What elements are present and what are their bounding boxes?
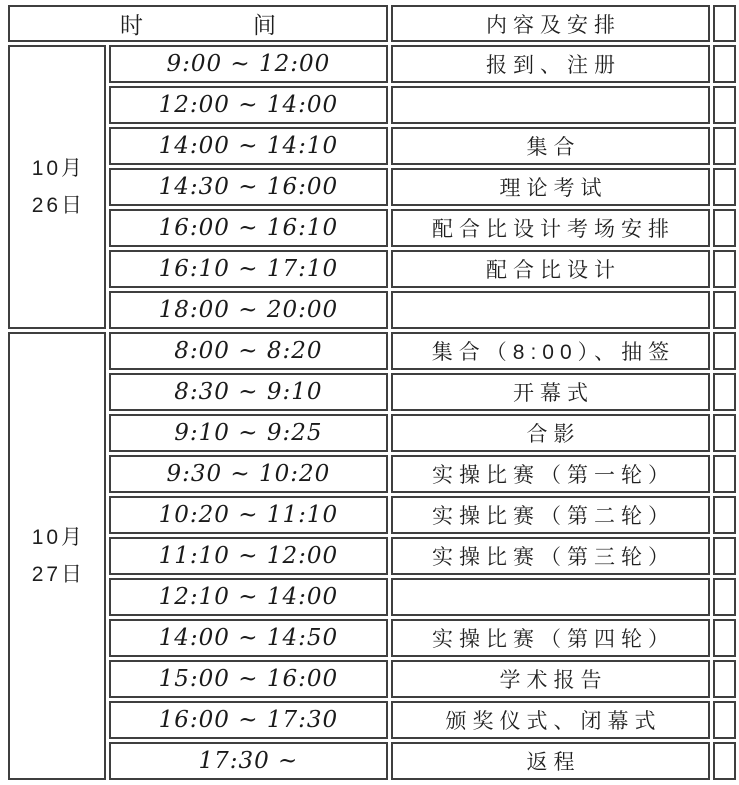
- table-row: 11:10 ~ 12:00 实操比赛（第三轮）: [8, 537, 736, 575]
- content-cell: [391, 86, 710, 124]
- table-row: 18:00 ~ 20:00: [8, 291, 736, 329]
- table-row: 16:00 ~ 17:30 颁奖仪式、闭幕式: [8, 701, 736, 739]
- header-content: 内容及安排: [391, 5, 710, 42]
- date-day: 26日: [10, 187, 104, 224]
- table-row: 10:20 ~ 11:10 实操比赛（第二轮）: [8, 496, 736, 534]
- time-cell: 9:10 ~ 9:25: [109, 414, 388, 452]
- time-cell: 14:30 ~ 16:00: [109, 168, 388, 206]
- time-cell: 17:30 ~: [109, 742, 388, 780]
- clipped-column-cell: [713, 496, 736, 534]
- time-cell: 8:30 ~ 9:10: [109, 373, 388, 411]
- table-row: 12:10 ~ 14:00: [8, 578, 736, 616]
- content-cell: 配合比设计考场安排: [391, 209, 710, 247]
- date-month: 10月: [10, 519, 104, 556]
- content-cell: 实操比赛（第一轮）: [391, 455, 710, 493]
- time-cell: 8:00 ~ 8:20: [109, 332, 388, 370]
- content-cell: 报到、注册: [391, 45, 710, 83]
- time-cell: 12:10 ~ 14:00: [109, 578, 388, 616]
- clipped-column-cell: [713, 373, 736, 411]
- date-cell-oct27: 10月 27日: [8, 332, 106, 780]
- clipped-column-cell: [713, 45, 736, 83]
- content-cell: 集合（8:00）、抽签: [391, 332, 710, 370]
- clipped-column-cell: [713, 414, 736, 452]
- date-cell-oct26: 10月 26日: [8, 45, 106, 329]
- content-cell: 配合比设计: [391, 250, 710, 288]
- time-cell: 16:00 ~ 16:10: [109, 209, 388, 247]
- time-cell: 11:10 ~ 12:00: [109, 537, 388, 575]
- clipped-column-cell: [713, 455, 736, 493]
- content-cell: 实操比赛（第三轮）: [391, 537, 710, 575]
- table-row: 9:30 ~ 10:20 实操比赛（第一轮）: [8, 455, 736, 493]
- content-cell: 集合: [391, 127, 710, 165]
- table-header-row: 时间 内容及安排: [8, 5, 736, 42]
- clipped-column-cell: [713, 701, 736, 739]
- content-cell: 实操比赛（第四轮）: [391, 619, 710, 657]
- table-row: 10月 27日 8:00 ~ 8:20 集合（8:00）、抽签: [8, 332, 736, 370]
- table-row: 14:30 ~ 16:00 理论考试: [8, 168, 736, 206]
- table-row: 10月 26日 9:00 ~ 12:00 报到、注册: [8, 45, 736, 83]
- table-row: 16:00 ~ 16:10 配合比设计考场安排: [8, 209, 736, 247]
- clipped-column-cell: [713, 291, 736, 329]
- time-cell: 18:00 ~ 20:00: [109, 291, 388, 329]
- clipped-column-cell: [713, 578, 736, 616]
- table-row: 14:00 ~ 14:50 实操比赛（第四轮）: [8, 619, 736, 657]
- clipped-column-cell: [713, 537, 736, 575]
- clipped-column-cell: [713, 86, 736, 124]
- time-cell: 12:00 ~ 14:00: [109, 86, 388, 124]
- schedule-document: 时间 内容及安排 10月 26日 9:00 ~ 12:00 报到、注册 12:0…: [0, 0, 739, 785]
- table-row: 17:30 ~ 返程: [8, 742, 736, 780]
- time-cell: 16:00 ~ 17:30: [109, 701, 388, 739]
- table-row: 16:10 ~ 17:10 配合比设计: [8, 250, 736, 288]
- table-row: 15:00 ~ 16:00 学术报告: [8, 660, 736, 698]
- table-row: 9:10 ~ 9:25 合影: [8, 414, 736, 452]
- table-row: 12:00 ~ 14:00: [8, 86, 736, 124]
- content-cell: 返程: [391, 742, 710, 780]
- content-cell: 颁奖仪式、闭幕式: [391, 701, 710, 739]
- time-cell: 9:00 ~ 12:00: [109, 45, 388, 83]
- clipped-column-cell: [713, 168, 736, 206]
- content-cell: [391, 291, 710, 329]
- clipped-column-cell: [713, 660, 736, 698]
- time-cell: 9:30 ~ 10:20: [109, 455, 388, 493]
- clipped-column-cell: [713, 742, 736, 780]
- clipped-column-cell: [713, 209, 736, 247]
- time-cell: 15:00 ~ 16:00: [109, 660, 388, 698]
- content-cell: [391, 578, 710, 616]
- content-cell: 理论考试: [391, 168, 710, 206]
- content-cell: 合影: [391, 414, 710, 452]
- schedule-table: 时间 内容及安排 10月 26日 9:00 ~ 12:00 报到、注册 12:0…: [5, 2, 739, 783]
- clipped-column-cell: [713, 332, 736, 370]
- content-cell: 开幕式: [391, 373, 710, 411]
- header-time: 时间: [8, 5, 388, 42]
- time-cell: 14:00 ~ 14:50: [109, 619, 388, 657]
- date-day: 27日: [10, 556, 104, 593]
- content-cell: 实操比赛（第二轮）: [391, 496, 710, 534]
- table-row: 14:00 ~ 14:10 集合: [8, 127, 736, 165]
- clipped-column-cell: [713, 619, 736, 657]
- date-month: 10月: [10, 150, 104, 187]
- time-cell: 14:00 ~ 14:10: [109, 127, 388, 165]
- clipped-column-cell: [713, 250, 736, 288]
- time-cell: 16:10 ~ 17:10: [109, 250, 388, 288]
- content-cell: 学术报告: [391, 660, 710, 698]
- table-row: 8:30 ~ 9:10 开幕式: [8, 373, 736, 411]
- clipped-column-cell: [713, 127, 736, 165]
- clipped-column-cell: [713, 5, 736, 42]
- time-cell: 10:20 ~ 11:10: [109, 496, 388, 534]
